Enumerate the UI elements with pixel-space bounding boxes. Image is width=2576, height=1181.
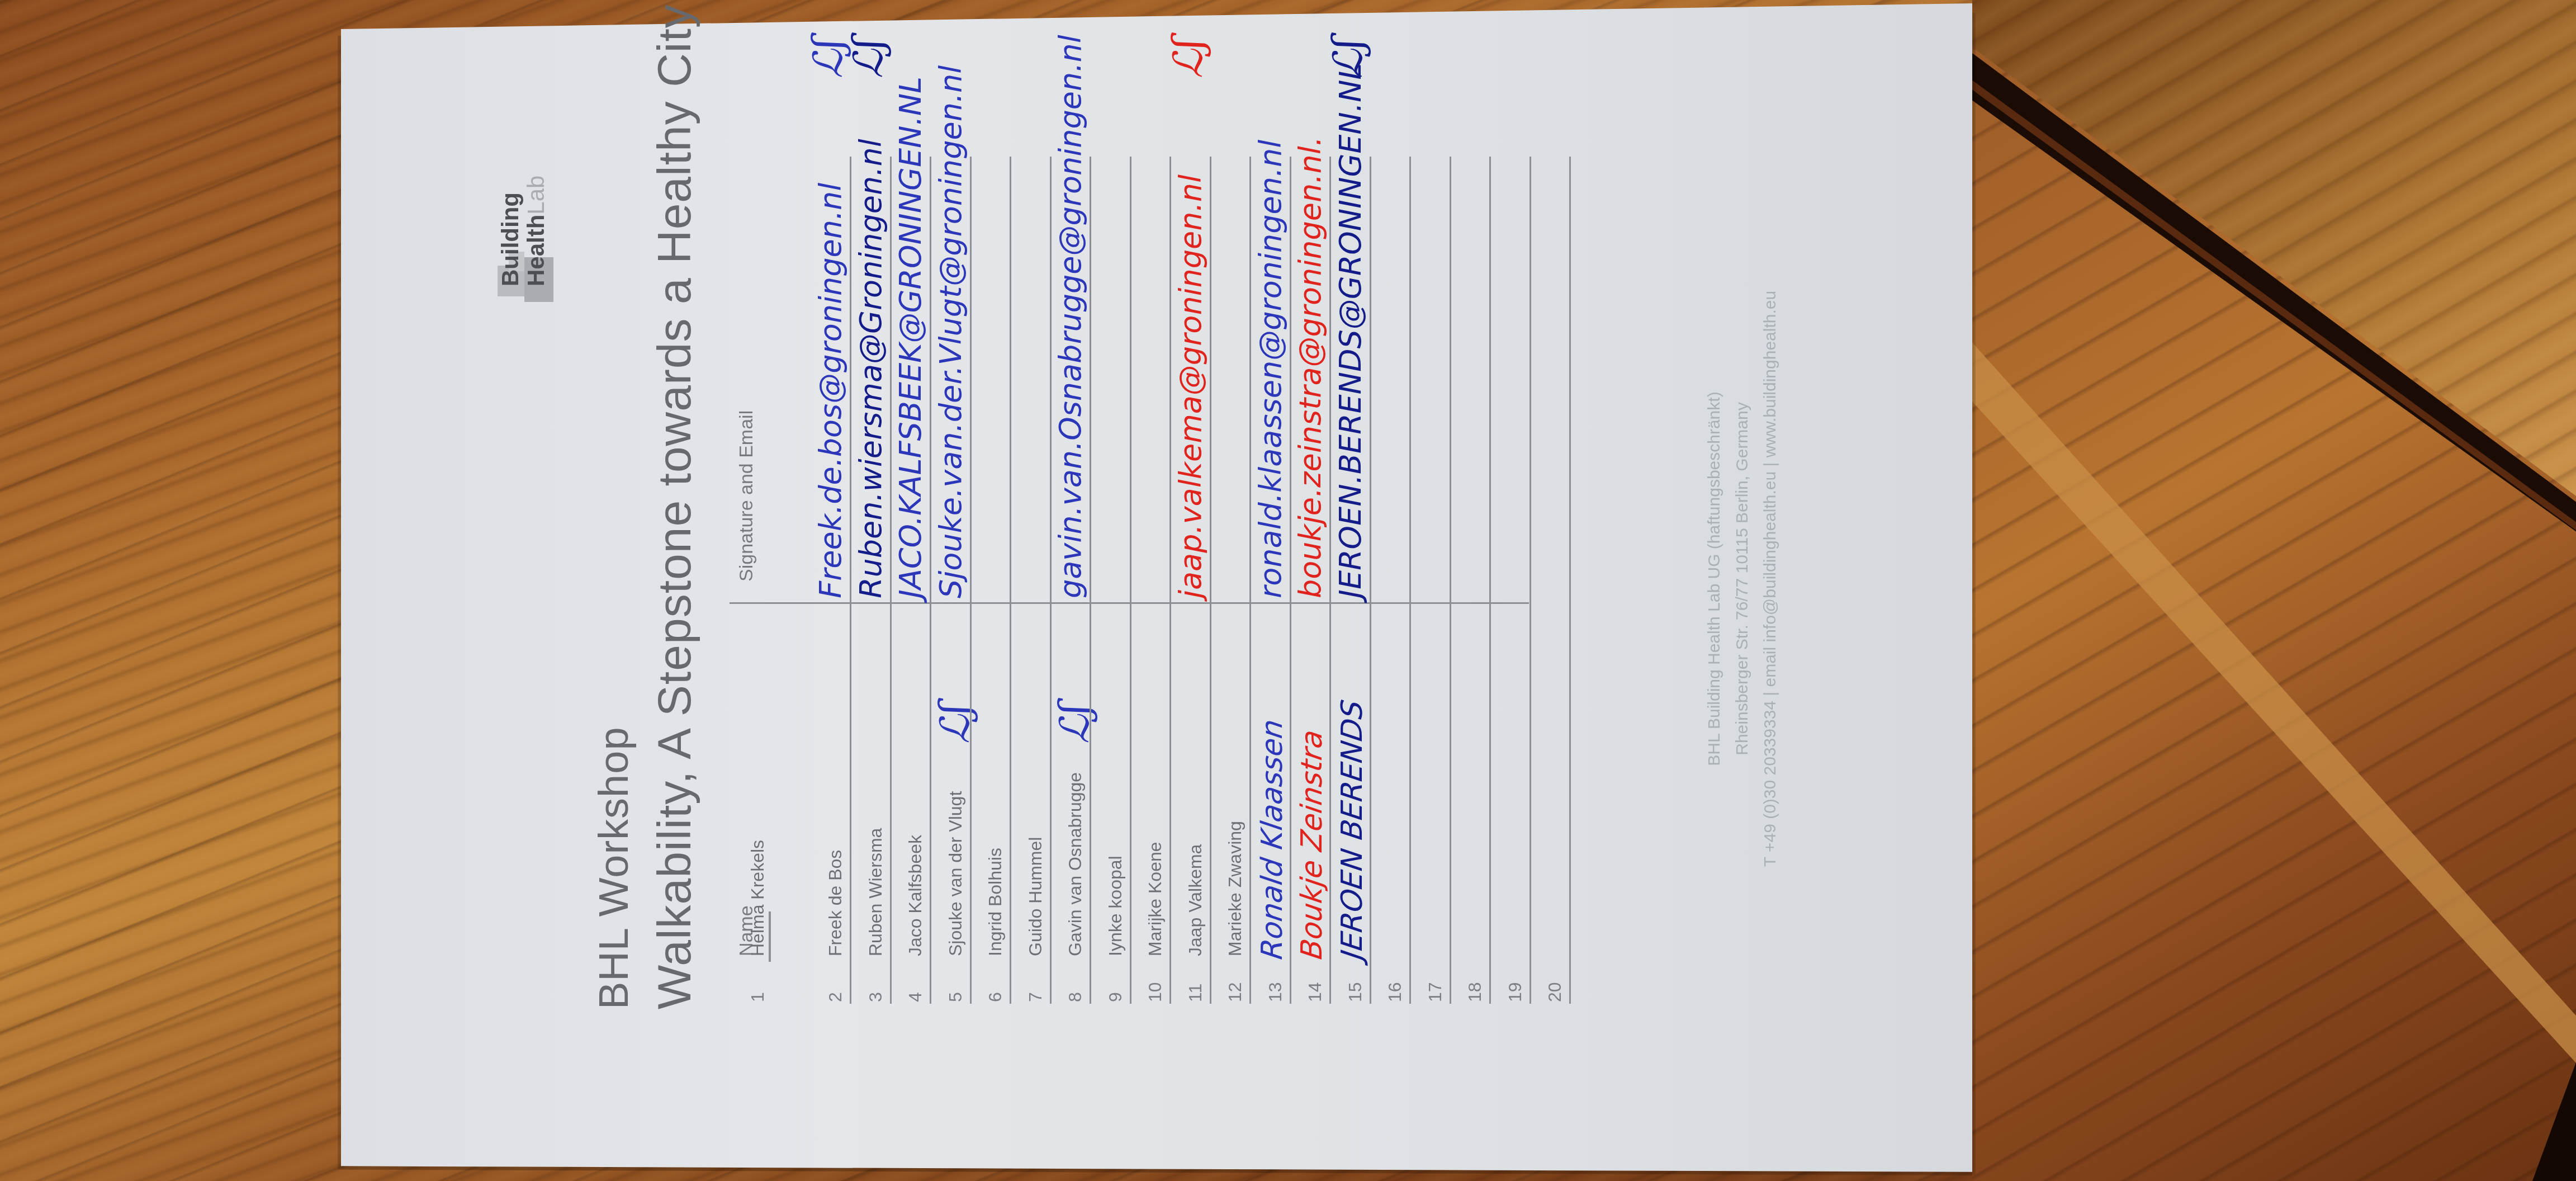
sign-in-sheet: Building HealthLab BHL Workshop Walkabil… (341, 0, 1972, 1158)
row-number: 15 (1345, 971, 1366, 1002)
table-row: 5Sjouke van der VlugtSjouke.van.der.Vlug… (931, 157, 972, 1007)
row-number: 20 (1545, 971, 1565, 1002)
row-number: 8 (1065, 971, 1086, 1002)
table-row: 11Jaap Valkemajaap.valkema@groningen.nlℒ… (1171, 157, 1211, 1007)
handwritten-email: JEROEN.BERENDS@GRONINGEN.NL (1333, 63, 1368, 598)
handwritten-name: Ronald Klaassen (1256, 717, 1289, 962)
table-row: 3Ruben WiersmaRuben.wiersma@Groningen.nl… (851, 157, 892, 1007)
row-number: 2 (825, 971, 846, 1002)
printed-name: Marieke Zwaving (1225, 821, 1246, 956)
table-row: 8Gavin van Osnabruggegavin.van.Osnabrugg… (1052, 157, 1092, 1007)
row-number: 19 (1505, 971, 1526, 1002)
table-row: 9Iynke koopal (1091, 157, 1131, 1007)
row-number: 5 (945, 971, 966, 1002)
table-row: 6Ingrid Bolhuis (972, 157, 1012, 1007)
printed-name: Sjouke van der Vlugt (945, 791, 966, 956)
signature-scribble-icon: ℒʃ (1324, 39, 1371, 78)
printed-name: Freek de Bos (825, 850, 846, 956)
table-row: 10Marijke Koene (1131, 157, 1172, 1007)
handwritten-email: Ruben.wiersma@Groningen.nl (853, 139, 888, 598)
printed-name: Iynke koopal (1105, 856, 1126, 956)
table-row: 20 (1531, 157, 1571, 1007)
table-row: 15JEROEN BERENDSJEROEN.BERENDS@GRONINGEN… (1331, 157, 1371, 1007)
handwritten-name: Boukje Zeinstra (1295, 728, 1329, 962)
footer-company: BHL Building Health Lab UG (haftungsbesc… (1705, 0, 1724, 1158)
row-number: 16 (1385, 971, 1405, 1002)
table-row: 14Boukje Zeinstraboukje.zeinstra@groning… (1291, 157, 1332, 1007)
printed-name: Marijke Koene (1145, 842, 1166, 956)
row-number: 12 (1225, 971, 1246, 1002)
table-row: 13Ronald Klaassenronald.klaassen@groning… (1251, 157, 1291, 1007)
row-number: 9 (1105, 971, 1126, 1002)
row-number: 1 (747, 971, 768, 1002)
handwritten-email: Freek.de.bos@groningen.nl (813, 183, 848, 598)
handwritten-email: boukje.zeinstra@groningen.nl. (1292, 136, 1328, 598)
signature-scribble-icon: ℒʃ (845, 39, 892, 78)
printed-name: Jaco Kalfsbeek (905, 835, 926, 956)
table-row: 12Marieke Zwaving (1211, 157, 1252, 1007)
row-number: 13 (1265, 971, 1286, 1002)
row-number: 11 (1185, 971, 1206, 1002)
row-number: 17 (1425, 971, 1446, 1002)
row-number: 4 (905, 971, 926, 1002)
table-row: 18 (1451, 157, 1491, 1007)
row-number: 3 (865, 971, 886, 1002)
handwritten-name: JEROEN BERENDS (1336, 698, 1369, 961)
printed-name: Jaap Valkema (1185, 844, 1206, 956)
table-row: 2Freek de BosFreek.de.bos@groningen.nlℒʃ (812, 157, 852, 1007)
row-number: 6 (985, 971, 1006, 1002)
handwritten-email: gavin.van.Osnabrugge@groningen.nl (1053, 35, 1088, 598)
row-number: 10 (1145, 971, 1166, 1002)
handwritten-email: JACO.KALFSBEEK@GRONINGEN.NL (893, 77, 928, 598)
printed-name: Ruben Wiersma (865, 828, 886, 956)
table-row: 17 (1411, 157, 1451, 1007)
table-row: 4Jaco KalfsbeekJACO.KALFSBEEK@GRONINGEN.… (892, 157, 932, 1007)
row-number: 14 (1305, 971, 1325, 1002)
footer-contact: T +49 (0)30 20339334 | email info@buildi… (1761, 0, 1780, 1158)
handwritten-email: Sjouke.van.der.Vlugt@groningen.nl (933, 65, 968, 598)
row-rule (1569, 157, 1571, 1004)
row-number: 18 (1465, 971, 1485, 1002)
table-row: 16 (1371, 157, 1412, 1007)
table-row: 1Helma Krekels (734, 157, 774, 1007)
table-row: 19 (1491, 157, 1531, 1007)
handwritten-email: ronald.klaassen@groningen.nl (1253, 140, 1288, 598)
printed-name: Ingrid Bolhuis (985, 848, 1006, 956)
table-row: 7Guido Hummel (1011, 157, 1052, 1007)
printed-name: Guido Hummel (1025, 837, 1046, 956)
row-number: 7 (1025, 971, 1046, 1002)
signature-scribble-icon: ℒʃ (1164, 39, 1211, 78)
printed-name: Gavin van Osnabrugge (1065, 772, 1086, 956)
printed-name: Helma Krekels (747, 840, 768, 956)
footer-address: Rheinsberger Str. 76/77 10115 Berlin, Ge… (1733, 0, 1752, 1158)
attendance-table: Name Signature and Email 1Helma Krekels2… (341, 151, 1972, 1007)
handwritten-email: jaap.valkema@groningen.nl (1173, 174, 1208, 598)
